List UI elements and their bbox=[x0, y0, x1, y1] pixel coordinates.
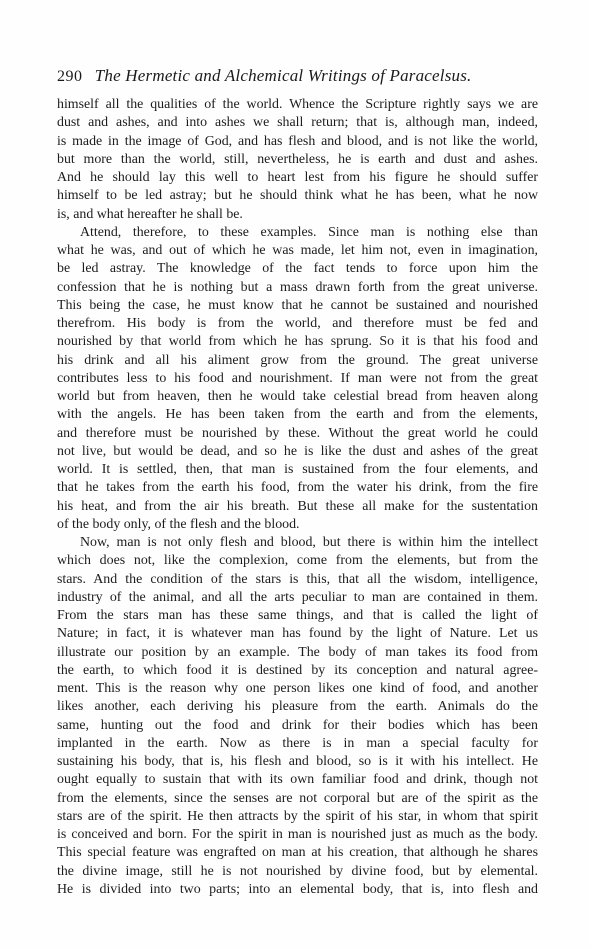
text-line: which does not, like the complexion, com… bbox=[57, 552, 538, 570]
text-line: therefrom. His body is from the world, a… bbox=[57, 315, 538, 333]
text-line: nourished by that world from which he ha… bbox=[57, 333, 538, 351]
text-line: himself all the qualities of the world. … bbox=[57, 96, 538, 114]
text-line: of the body only, of the flesh and the b… bbox=[57, 516, 538, 534]
text-line: Nature; in fact, it is whatever man has … bbox=[57, 625, 538, 643]
text-line: dust and ashes, and into ashes we shall … bbox=[57, 114, 538, 132]
text-line: and therefore must be nourished by these… bbox=[57, 425, 538, 443]
text-line: This special feature was engrafted on ma… bbox=[57, 844, 538, 862]
text-line: his heat, and from the air his breath. B… bbox=[57, 498, 538, 516]
text-line: illustrate our position by an example. T… bbox=[57, 644, 538, 662]
text-line: Attend, therefore, to these examples. Si… bbox=[57, 224, 538, 242]
running-title: The Hermetic and Alchemical Writings of … bbox=[95, 66, 472, 85]
text-line: but more than the world, still, neverthe… bbox=[57, 151, 538, 169]
text-line: From the stars man has these same things… bbox=[57, 607, 538, 625]
text-line: his drink and all his aliment grow from … bbox=[57, 352, 538, 370]
running-head: 290 The Hermetic and Alchemical Writings… bbox=[57, 66, 547, 86]
paragraph-1: himself all the qualities of the world. … bbox=[57, 96, 538, 224]
text-line: stars are of the spirit. He then attract… bbox=[57, 808, 538, 826]
text-line: the divine image, still he is not nouris… bbox=[57, 863, 538, 881]
text-line: sustaining his body, that is, his flesh … bbox=[57, 753, 538, 771]
text-line: is conceived and born. For the spirit in… bbox=[57, 826, 538, 844]
text-line: ment. This is the reason why one person … bbox=[57, 680, 538, 698]
text-line: And he should lay this well to heart les… bbox=[57, 169, 538, 187]
text-line: is, and what hereafter he shall be. bbox=[57, 206, 538, 224]
text-line: himself to be led astray; but he should … bbox=[57, 187, 538, 205]
text-line: He is divided into two parts; into an el… bbox=[57, 881, 538, 899]
paragraph-3: Now, man is not only flesh and blood, bu… bbox=[57, 534, 538, 899]
text-line: stars. And the condition of the stars is… bbox=[57, 571, 538, 589]
text-line: be led astray. The knowledge of the fact… bbox=[57, 260, 538, 278]
text-line: ought equally to sustain that with its o… bbox=[57, 771, 538, 789]
text-line: Now, man is not only flesh and blood, bu… bbox=[57, 534, 538, 552]
text-line: world. It is settled, then, that man is … bbox=[57, 461, 538, 479]
text-line: not live, but would be dead, and so he i… bbox=[57, 443, 538, 461]
text-line: from the elements, since the senses are … bbox=[57, 790, 538, 808]
text-line: world but from heaven, then he would tak… bbox=[57, 388, 538, 406]
text-line: contributes less to his food and nourish… bbox=[57, 370, 538, 388]
text-line: implanted in the earth. Now as there is … bbox=[57, 735, 538, 753]
text-line: with the angels. He has been taken from … bbox=[57, 406, 538, 424]
text-line: same, hunting out the food and drink for… bbox=[57, 717, 538, 735]
text-line: confession that he is nothing but a mass… bbox=[57, 279, 538, 297]
book-page: 290 The Hermetic and Alchemical Writings… bbox=[0, 0, 591, 950]
text-line: likes another, each deriving his pleasur… bbox=[57, 698, 538, 716]
text-line: what he was, and out of which he was mad… bbox=[57, 242, 538, 260]
text-line: industry of the animal, and all the arts… bbox=[57, 589, 538, 607]
text-line: the earth, to which food it is destined … bbox=[57, 662, 538, 680]
text-line: is made in the image of God, and has fle… bbox=[57, 133, 538, 151]
text-line: that he takes from the earth his food, f… bbox=[57, 479, 538, 497]
body-text: himself all the qualities of the world. … bbox=[57, 96, 538, 899]
page-number: 290 bbox=[57, 68, 83, 85]
text-line: This being the case, he must know that h… bbox=[57, 297, 538, 315]
paragraph-2: Attend, therefore, to these examples. Si… bbox=[57, 224, 538, 534]
